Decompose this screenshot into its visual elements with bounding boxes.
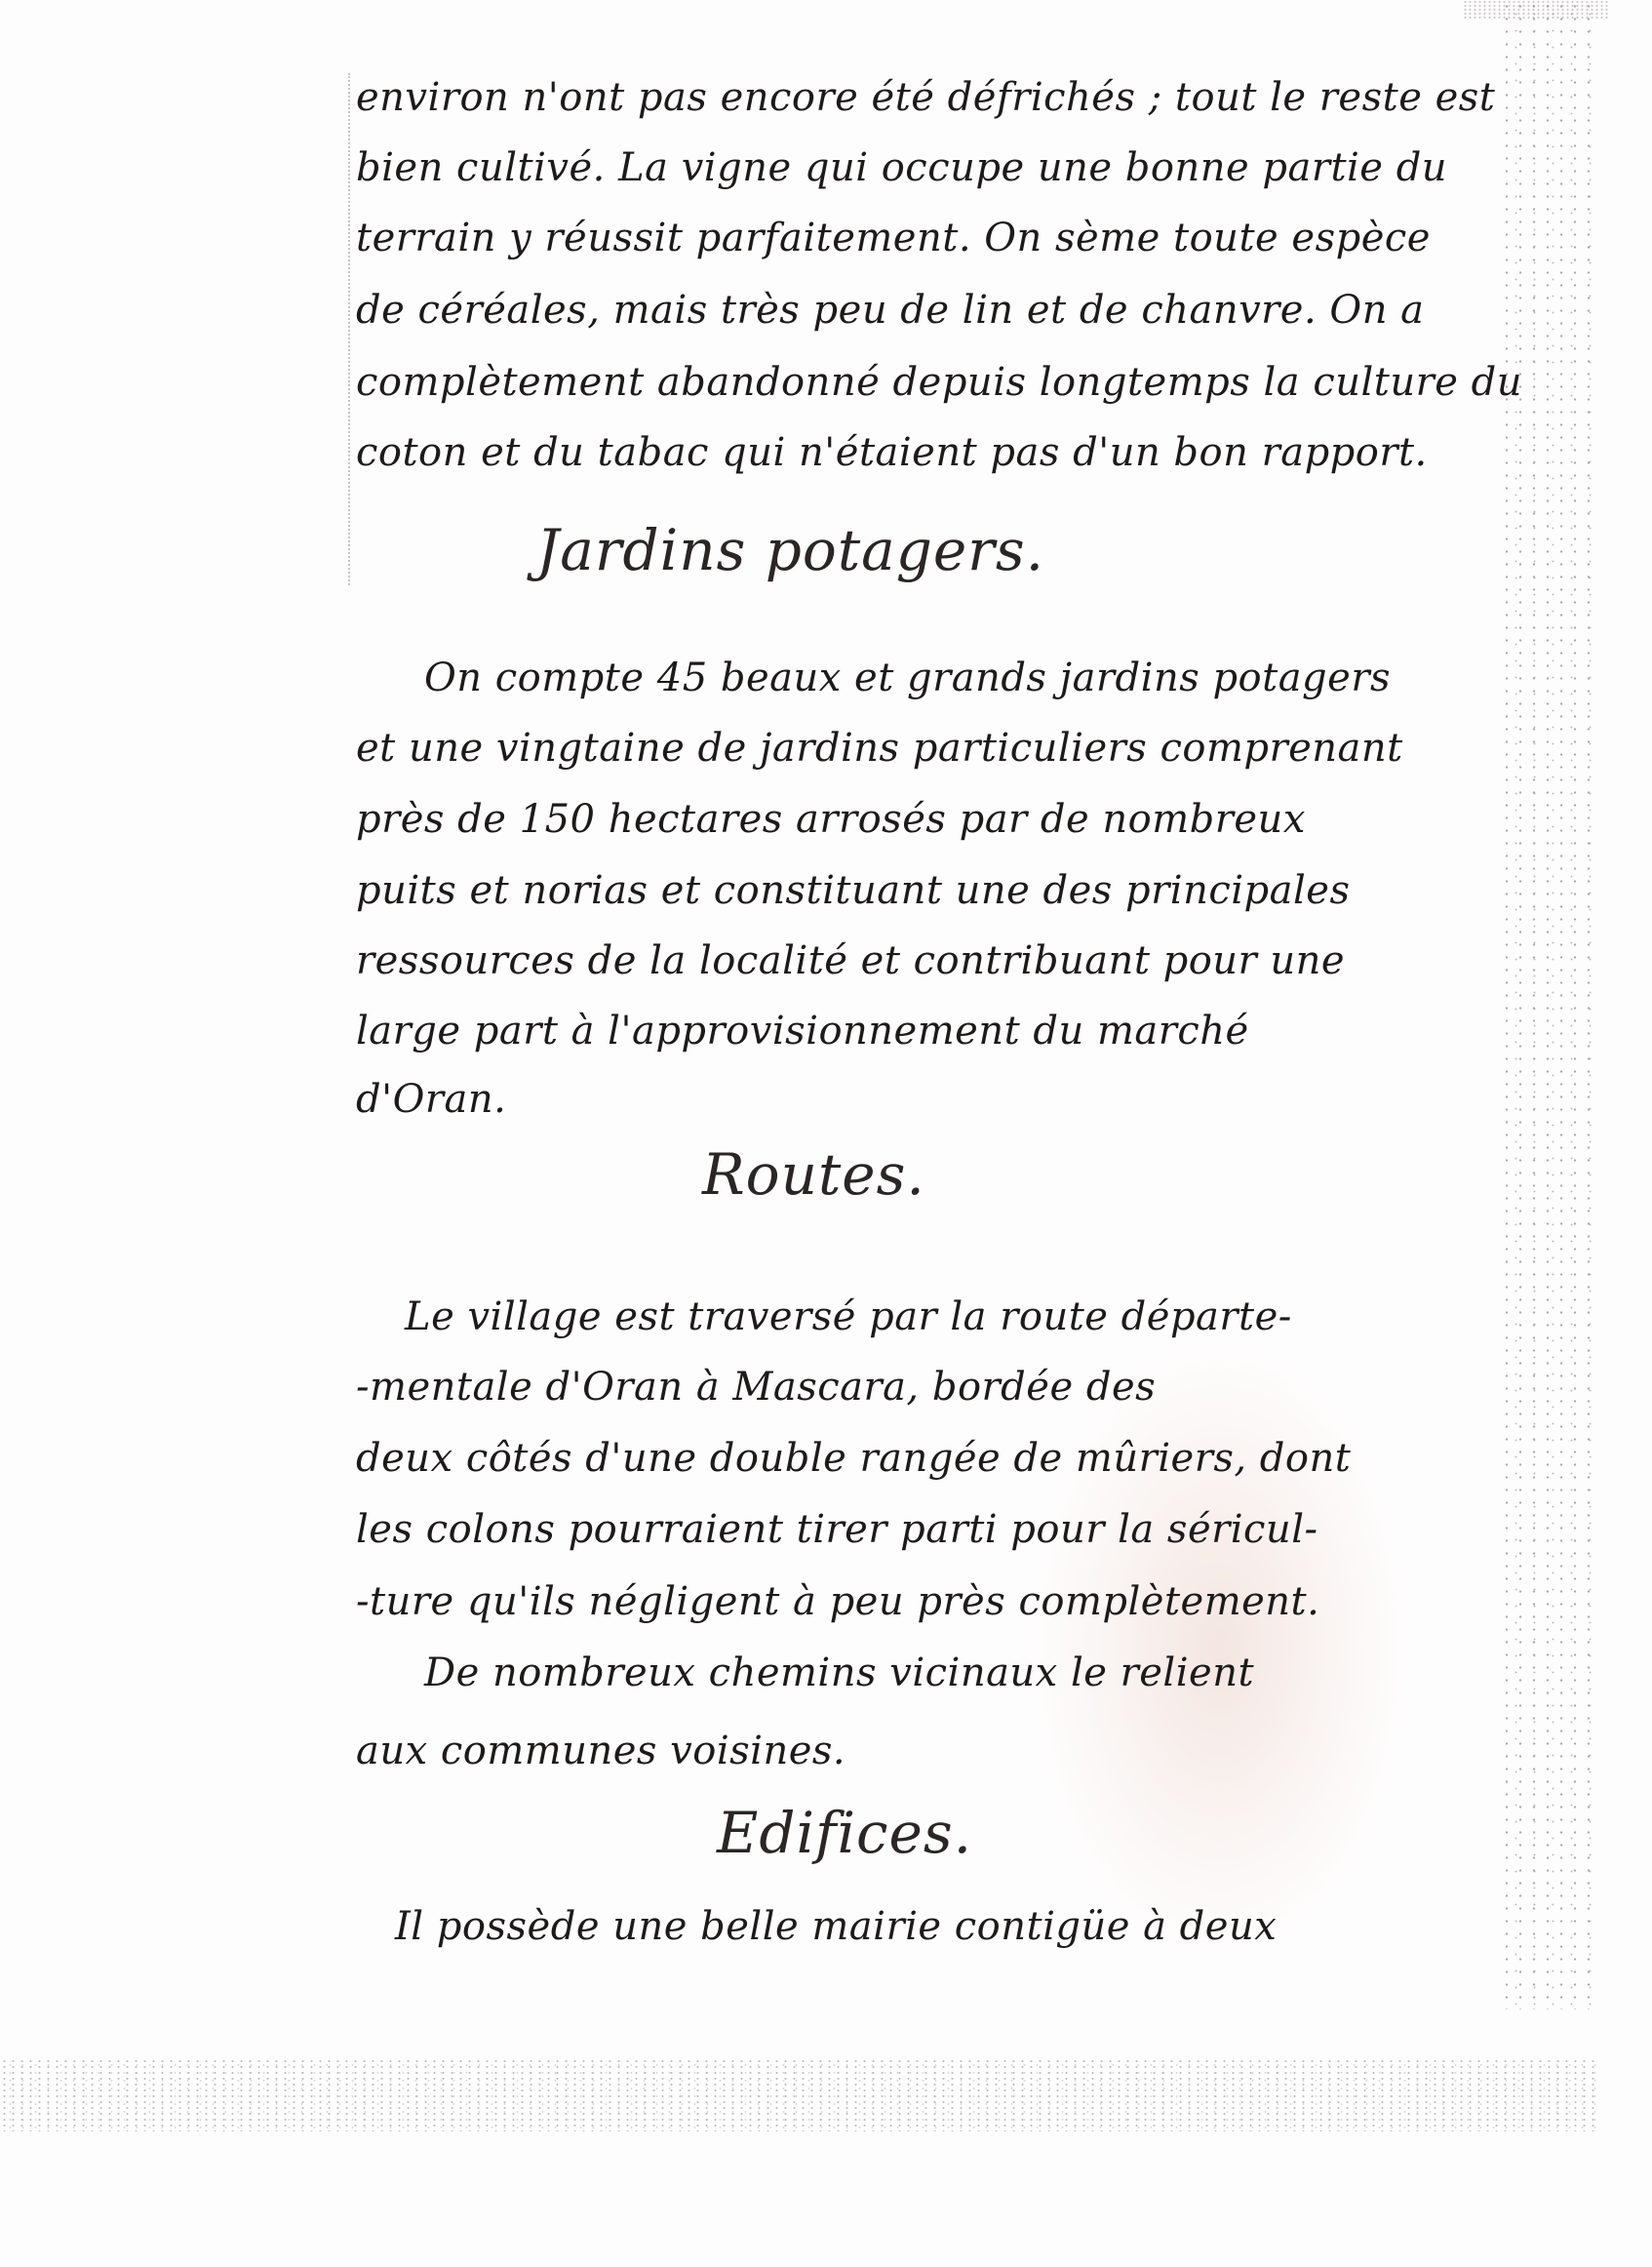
text-line: ressources de la localité et contribuant… xyxy=(356,932,1345,990)
text-line: On compte 45 beaux et grands jardins pot… xyxy=(424,649,1391,707)
halftone-bottom-band xyxy=(0,2058,1599,2131)
text-line: large part à l'approvisionnement du marc… xyxy=(356,1002,1249,1060)
text-line: Il possède une belle mairie contigüe à d… xyxy=(395,1897,1277,1956)
text-line: et une vingtaine de jardins particuliers… xyxy=(356,719,1403,777)
text-line: environ n'ont pas encore été défrichés ;… xyxy=(356,68,1495,127)
text-line: Le village est traversé par la route dép… xyxy=(405,1288,1292,1346)
halftone-right-edge xyxy=(1500,0,1593,2009)
text-line: de céréales, mais très peu de lin et de … xyxy=(356,281,1425,339)
left-margin-rule xyxy=(348,73,350,585)
text-line: coton et du tabac qui n'étaient pas d'un… xyxy=(356,423,1428,482)
section-heading-edifices: Edifices. xyxy=(717,1800,972,1866)
text-line: d'Oran. xyxy=(356,1070,506,1129)
section-heading-routes: Routes. xyxy=(702,1141,925,1208)
text-line: complètement abandonné depuis longtemps … xyxy=(356,353,1522,412)
text-line: terrain y réussit parfaitement. On sème … xyxy=(356,209,1431,267)
text-line: aux communes voisines. xyxy=(356,1722,846,1780)
text-line: bien cultivé. La vigne qui occupe une bo… xyxy=(356,139,1447,197)
text-line: De nombreux chemins vicinaux le relient xyxy=(424,1644,1254,1702)
text-line: -ture qu'ils négligent à peu près complè… xyxy=(356,1572,1319,1631)
text-line: deux côtés d'une double rangée de mûrier… xyxy=(356,1429,1351,1488)
text-line: -mentale d'Oran à Mascara, bordée des xyxy=(356,1358,1156,1416)
manuscript-page: environ n'ont pas encore été défrichés ;… xyxy=(0,0,1652,2267)
section-heading-jardins-potagers: Jardins potagers. xyxy=(536,517,1044,583)
text-line: les colons pourraient tirer parti pour l… xyxy=(356,1500,1318,1559)
text-line: puits et norias et constituant une des p… xyxy=(356,861,1350,920)
text-line: près de 150 hectares arrosés par de nomb… xyxy=(356,790,1306,849)
